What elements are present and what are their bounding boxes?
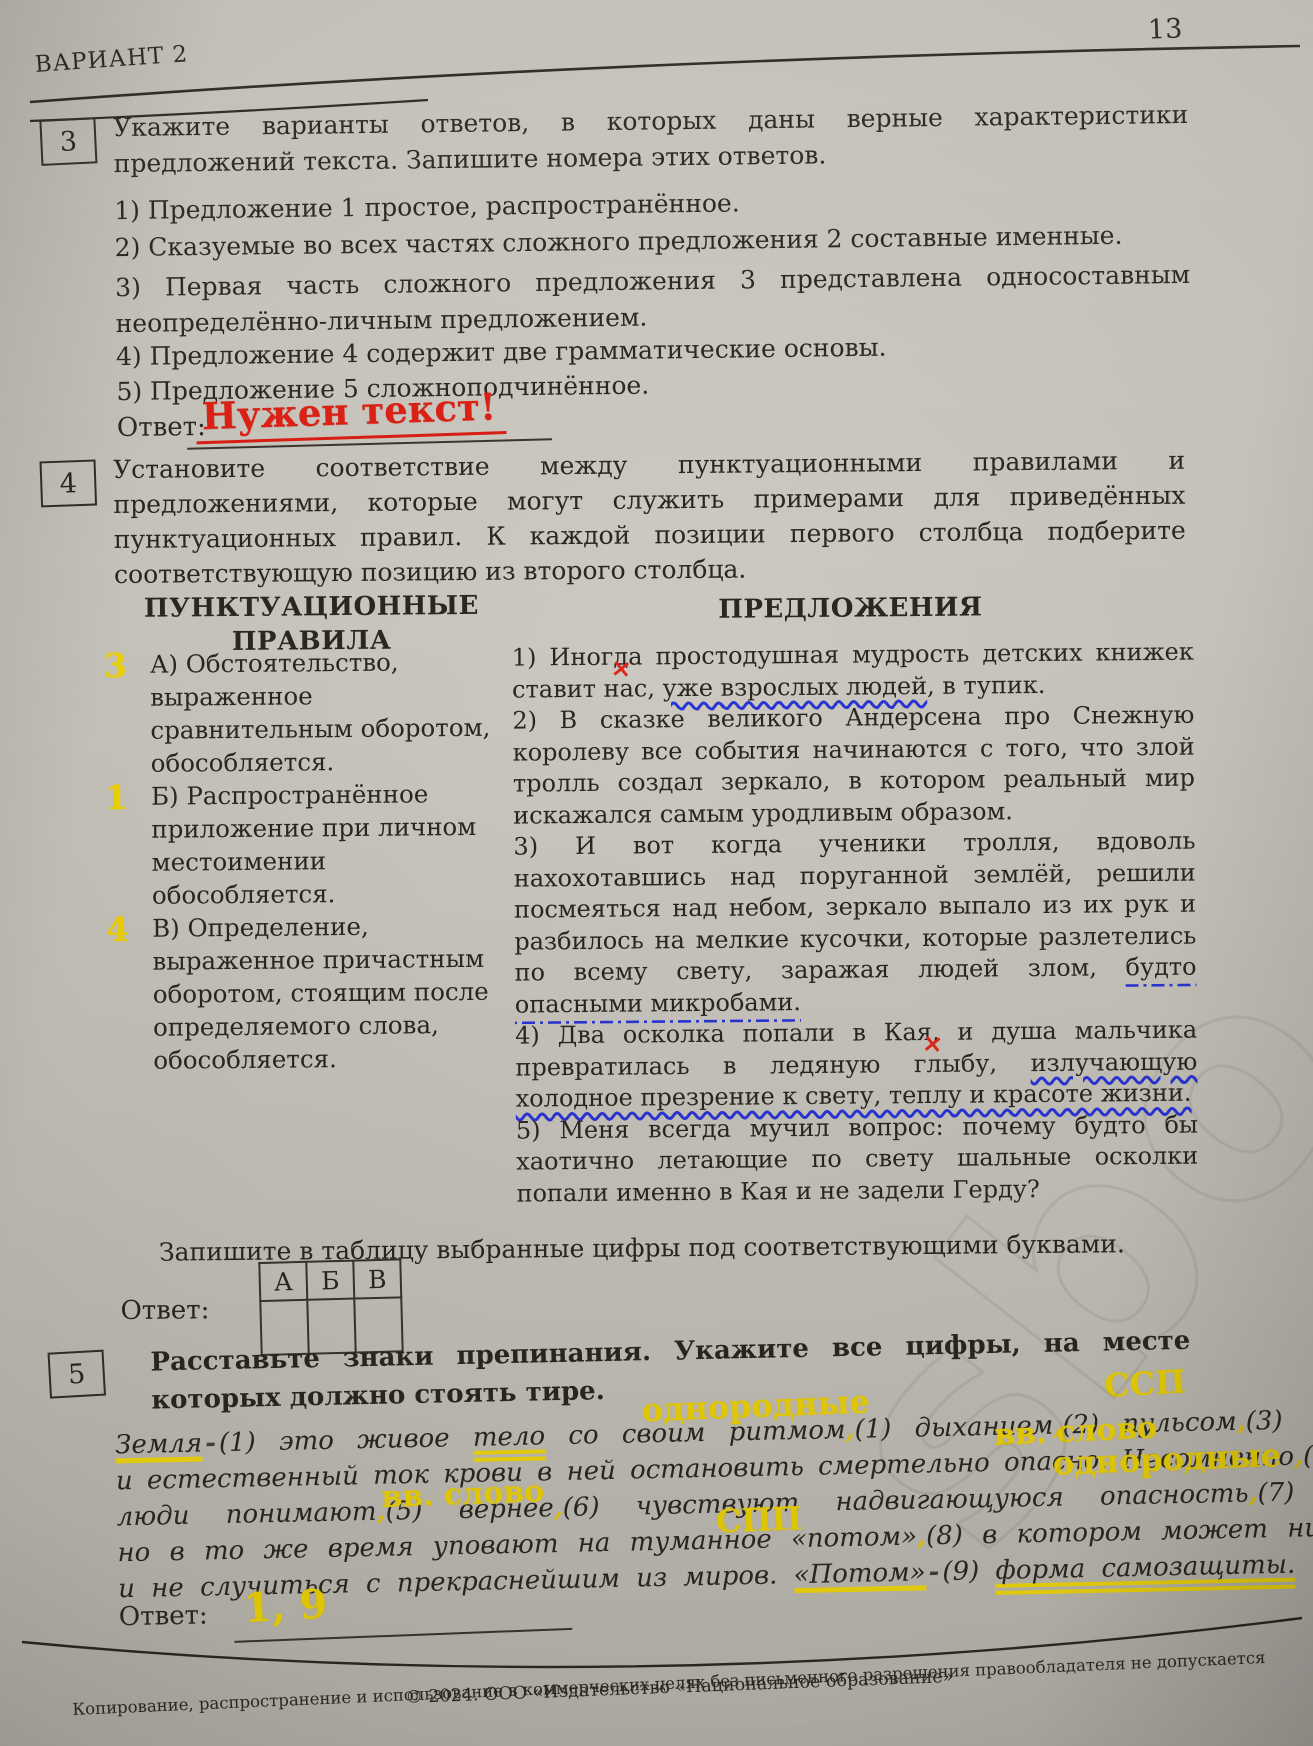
scanned-exam-page: { "page": { "variant_label": "ВАРИАНТ 2"… <box>0 0 1313 1746</box>
answer-table-header-row: А Б В <box>259 1259 401 1301</box>
rule-item-a-text: А) Обстоятельство, выраженное сравнитель… <box>150 648 491 778</box>
task-4-answer-label: Ответ: <box>120 1295 209 1326</box>
sentence-3-text: 3) И вот когда ученики тролля, вдоволь н… <box>513 827 1196 987</box>
left-column-header-line1: ПУНКТУАЦИОННЫЕ <box>141 589 481 626</box>
sentence-1-x-word: ×нас <box>603 674 647 702</box>
annotation-vv-slovo-2: вв. слово <box>381 1474 545 1515</box>
answer-table-header-a: А <box>259 1262 307 1301</box>
task-5-answer-line <box>234 1628 572 1643</box>
task-4-prompt: Установите соответствие между пунктуацио… <box>113 443 1186 592</box>
punctuation-rules-list: 3 А) Обстоятельство, выраженное сравните… <box>150 645 502 1077</box>
answer-table-header-v: В <box>353 1259 401 1298</box>
red-x-mark-1: × <box>610 651 634 684</box>
task-4-number-box: 4 <box>40 459 98 507</box>
task-5-handwritten-answer: 1, 9 <box>242 1581 328 1633</box>
dictation-segment: люди понимают <box>116 1497 376 1532</box>
rule-item-b-text: Б) Распространённое приложение при лично… <box>151 779 477 909</box>
red-x-mark-2: × <box>920 1027 944 1060</box>
sentences-list: 1) Иногда простодушная мудрость детских … <box>512 637 1199 1210</box>
rule-item-a: 3 А) Обстоятельство, выраженное сравните… <box>150 645 499 780</box>
sentence-5: 5) Меня всегда мучил вопрос: почему будт… <box>516 1109 1199 1209</box>
sentence-3: 3) И вот когда ученики тролля, вдоволь н… <box>513 826 1197 1021</box>
task-3-answer-label: Ответ: <box>117 412 206 443</box>
annotation-odnorodnye-2: однородные <box>1052 1436 1282 1483</box>
dictation-segment: (1) это живое <box>219 1423 474 1458</box>
sentence-4-x-word: ×глыбу <box>914 1049 990 1078</box>
task-3-number: 3 <box>59 126 78 158</box>
sentence-1-comma: , <box>647 674 663 702</box>
dictation-segment: (3) <box>1245 1406 1282 1437</box>
variant-label: ВАРИАНТ 2 <box>34 41 189 78</box>
sentence-1-tail: , в тупик. <box>927 670 1046 699</box>
dictation-segment: и не случиться с прекраснейшим из миров. <box>118 1560 794 1604</box>
dictation-segment: (7) <box>1257 1478 1294 1509</box>
dictation-segment: (4) <box>1303 1441 1313 1472</box>
sentence-4: 4) Два осколка попали в Кая, и душа маль… <box>515 1015 1198 1115</box>
task-5-answer-label: Ответ: <box>119 1600 208 1632</box>
double-underlined-phrase: форма самозащиты. <box>995 1550 1296 1595</box>
handwritten-mark-a: 3 <box>104 649 127 682</box>
annotation-spp: СПП <box>715 1499 802 1540</box>
right-column-header: ПРЕДЛОЖЕНИЯ <box>511 591 1189 627</box>
dictation-segment: (8) в котором может ничего <box>926 1512 1313 1552</box>
double-underlined-predicate: тело <box>473 1421 546 1462</box>
task-3: 3 Укажите варианты ответов, в которых да… <box>0 93 1313 109</box>
sentence-1-wavy-underlined: уже взрослых людей <box>662 671 927 701</box>
rule-item-v: 4 В) Определение, выраженное причастным … <box>152 909 501 1077</box>
task-3-option-3: 3) Первая часть сложного предложения 3 п… <box>115 257 1191 342</box>
dictation-segment: (9) <box>942 1556 996 1587</box>
task-3-option-1: 1) Предложение 1 простое, распространённ… <box>114 188 740 225</box>
page-number: 13 <box>1147 13 1182 45</box>
handwritten-mark-b: 1 <box>105 781 128 814</box>
answer-table-header-b: Б <box>306 1261 354 1300</box>
handwritten-dash-1: - <box>205 1428 216 1458</box>
task-4-number: 4 <box>59 468 77 500</box>
handwritten-dash-2: - <box>928 1557 939 1587</box>
sentence-2: 2) В сказке великого Андерсена про Снежн… <box>512 700 1195 832</box>
rule-item-b: 1 Б) Распространённое приложение при лич… <box>151 777 500 912</box>
sentence-1: 1) Иногда простодушная мудрость детских … <box>512 637 1195 706</box>
underlined-potom: «Потом» <box>793 1557 926 1593</box>
task-3-option-2: 2) Сказуемые во всех частях сложного пре… <box>115 221 1123 262</box>
handwritten-mark-v: 4 <box>106 913 129 946</box>
header-rule-curve <box>30 46 1300 102</box>
underlined-subject: Земля <box>115 1429 203 1464</box>
task-5-number-box: 5 <box>48 1350 106 1399</box>
task-3-number-box: 3 <box>39 117 97 166</box>
sentence-4-comma: , <box>989 1049 1030 1077</box>
rule-item-v-text: В) Определение, выраженное причастным об… <box>152 912 489 1075</box>
annotation-ssp: ССП <box>1103 1363 1186 1405</box>
task-3-prompt: Укажите варианты ответов, в которых даны… <box>113 97 1189 182</box>
task-3-handwritten-answer: Нужен текст! <box>195 384 507 444</box>
task-5-number: 5 <box>67 1358 86 1390</box>
